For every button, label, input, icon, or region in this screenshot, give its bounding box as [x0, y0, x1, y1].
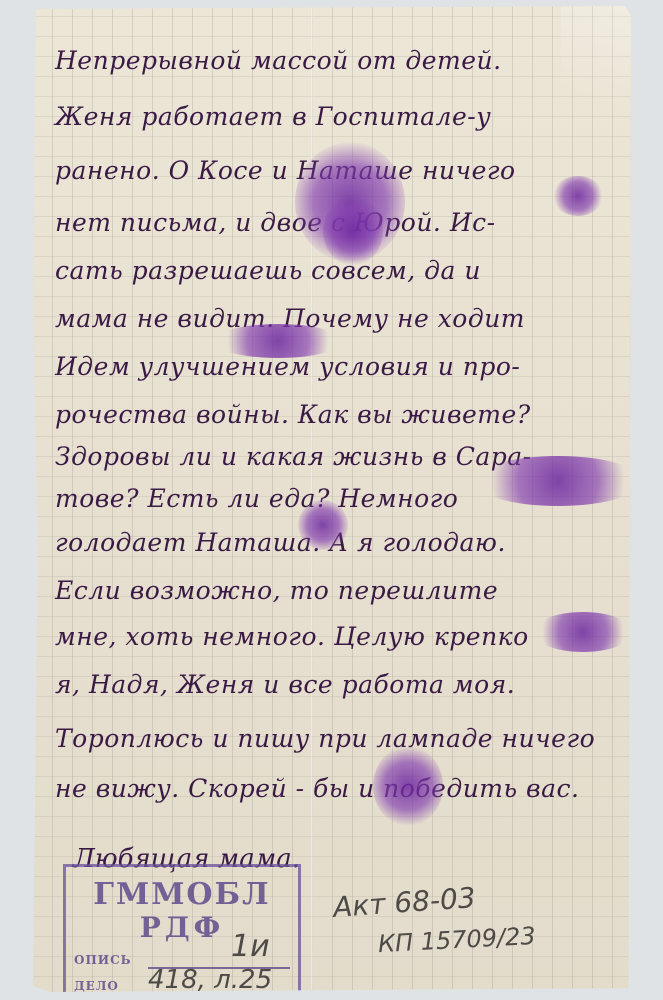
letter-line-5: сать разрешаешь совсем, да и [55, 256, 481, 285]
stamp-delo-label: ДЕЛО [74, 979, 119, 993]
letter-line-15: Тороплюсь и пишу при лампаде ничего [55, 724, 595, 753]
stamp-opis-label: ОПИСЬ [74, 953, 132, 967]
letter-line-6: мама не видит. Почему не ходит [55, 304, 525, 333]
letter-line-9: Здоровы ли и какая жизнь в Сара- [55, 442, 532, 471]
ink-blot [533, 612, 633, 652]
letter-line-7: Идем улучшением условия и про- [55, 352, 520, 381]
letter-line-12: Если возможно, то перешлите [55, 576, 498, 605]
letter-line-14: я, Надя, Женя и все работа моя. [55, 670, 515, 699]
letter-line-13: мне, хоть немного. Целую крепко [55, 622, 529, 651]
stamp-title: ГММОБЛ [66, 877, 298, 912]
stamp-delo-value: 418, л.25 [148, 965, 272, 995]
letter-line-8: рочества войны. Как вы живете? [55, 400, 531, 429]
letter-line-16: не вижу. Скорей - бы и победить вас. [55, 774, 579, 803]
letter-line-10: тове? Есть ли еда? Немного [55, 484, 458, 513]
paper-corner-fold [561, 6, 631, 166]
letter-line-4: нет письма, и двое с Юрой. Ис- [55, 208, 496, 237]
pencil-note-act: Акт 68-03 [332, 881, 477, 924]
letter-line-11: голодает Наташа. А я голодаю. [55, 528, 506, 557]
ink-blot [553, 176, 603, 216]
letter-paper: Непрерывной массой от детей. Женя работа… [33, 6, 631, 996]
pencil-note-kp: КП 15709/23 [377, 922, 536, 958]
letter-line-1: Непрерывной массой от детей. [55, 46, 502, 75]
archive-stamp: ГММОБЛ РДФ ОПИСЬ 1и ДЕЛО 418, л.25 [63, 864, 301, 998]
stamp-opis-value: 1и [231, 929, 270, 964]
letter-line-2: Женя работает в Госпитале-у [55, 102, 491, 131]
letter-line-3: ранено. О Косе и Наташе ничего [55, 156, 516, 185]
